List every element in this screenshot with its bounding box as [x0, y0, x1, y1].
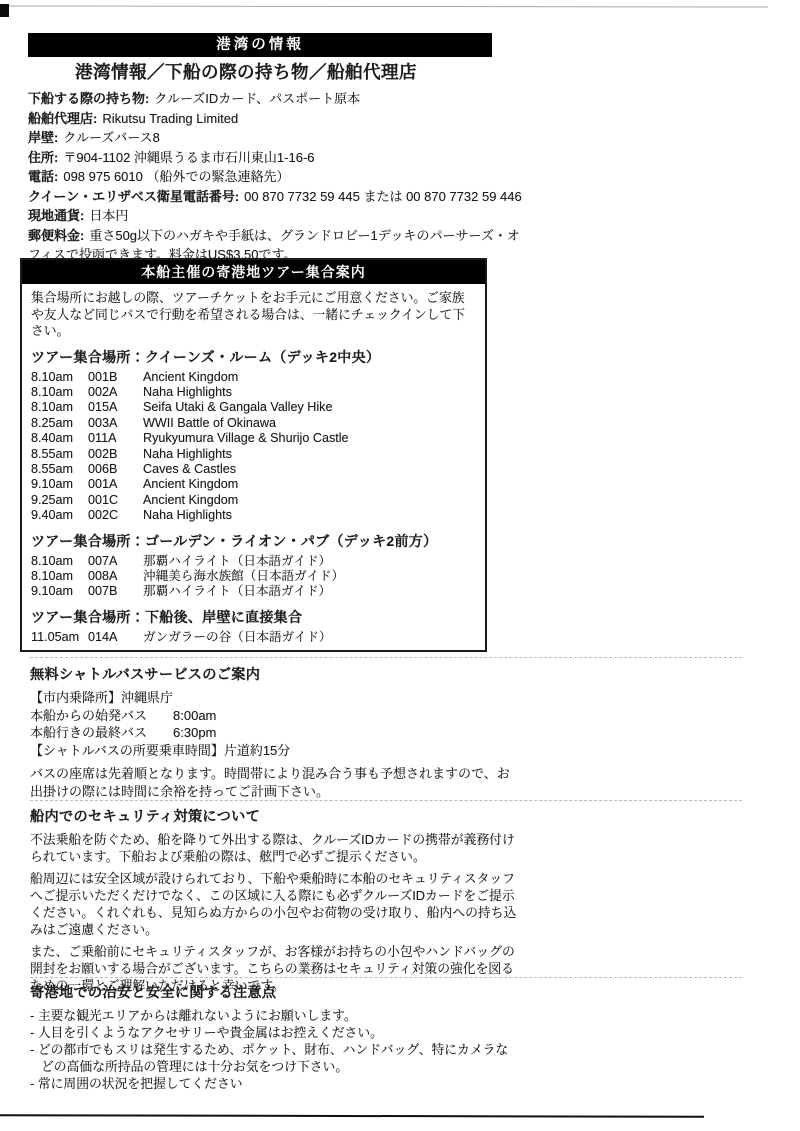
tour-time: 8.10am: [31, 370, 88, 385]
scan-artifact-top-line: [8, 5, 768, 7]
shuttle-section-heading: 無料シャトルバスサービスのご案内: [30, 664, 518, 684]
tour-time: 8.40am: [31, 431, 88, 446]
tour-code: 007B: [88, 584, 143, 599]
tour-row: 8.10am001BAncient Kingdom: [31, 370, 476, 385]
tour-code: 002B: [88, 447, 143, 462]
info-row-address: 住所:〒904-1102 沖縄県うるま市石川東山1-16-6: [28, 148, 522, 168]
info-label: 郵便料金:: [28, 228, 84, 243]
shuttle-last-bus-label: 本船行きの最終バス: [30, 724, 147, 742]
tour-name: Ancient Kingdom: [143, 370, 476, 385]
tour-name: Ancient Kingdom: [143, 477, 476, 492]
tour-row: 9.40am002CNaha Highlights: [31, 508, 476, 523]
tour-intro-paragraph: 集合場所にお越しの際、ツアーチケットをお手元にご用意ください。ご家族や友人など同…: [31, 290, 476, 340]
tour-time: 9.25am: [31, 493, 88, 508]
info-label: 住所:: [28, 150, 58, 165]
tour-row: 11.05am014Aガンガラーの谷（日本語ガイド）: [31, 630, 476, 645]
tour-time: 8.25am: [31, 416, 88, 431]
tour-code: 003A: [88, 416, 143, 431]
tour-name: Naha Highlights: [143, 385, 476, 400]
tour-code: 015A: [88, 400, 143, 415]
info-value: 〒904-1102 沖縄県うるま市石川東山1-16-6: [63, 150, 314, 165]
tour-name: 沖縄美ら海水族館（日本語ガイド）: [143, 569, 476, 584]
tour-name: 那覇ハイライト（日本語ガイド）: [143, 554, 476, 569]
tour-row: 8.25am003AWWII Battle of Okinawa: [31, 416, 476, 431]
tour-row: 9.25am001CAncient Kingdom: [31, 493, 476, 508]
tour-list-queens-room: 8.10am001BAncient Kingdom 8.10am002ANaha…: [31, 370, 476, 524]
port-info-section: 港湾情報／下船の際の持ち物／船舶代理店 下船する際の持ち物:クルーズIDカード、…: [28, 59, 522, 265]
safety-section: 寄港地での治安と安全に関する注意点 - 主要な観光エリアからは離れないようにお願…: [30, 982, 518, 1092]
separator-line: [30, 800, 742, 801]
tour-group-heading-golden-lion-pub: ツアー集合場所：ゴールデン・ライオン・パブ（デッキ2前方）: [31, 531, 476, 551]
shuttle-duration-line: 【シャトルバスの所要乗車時間】片道約15分: [30, 742, 518, 760]
shuttle-first-bus-time: 8:00am: [173, 707, 216, 725]
tour-row: 9.10am001AAncient Kingdom: [31, 477, 476, 492]
safety-bullet: - どの都市でもスリは発生するため、ポケット、財布、ハンドバッグ、特にカメラなど…: [30, 1041, 518, 1075]
info-label: 船舶代理店:: [28, 111, 97, 126]
security-section: 船内でのセキュリティ対策について 不法乗船を防ぐため、船を降りて外出する際は、ク…: [30, 806, 518, 999]
safety-bullet: - 主要な観光エリアからは離れないようにお願いします。: [30, 1007, 518, 1024]
tour-name: Ancient Kingdom: [143, 493, 476, 508]
scanned-document-page: 港湾の情報 港湾情報／下船の際の持ち物／船舶代理店 下船する際の持ち物:クルーズ…: [0, 0, 800, 1131]
port-info-header-bar-title: 港湾の情報: [216, 37, 304, 53]
info-label: 岸壁:: [28, 130, 58, 145]
safety-section-heading: 寄港地での治安と安全に関する注意点: [30, 982, 518, 1002]
tour-code: 014A: [88, 630, 143, 645]
tour-time: 8.55am: [31, 462, 88, 477]
shuttle-note: バスの座席は先着順となります。時間帯により混み合う事も予想されますので、お出掛け…: [30, 765, 518, 800]
tour-time: 9.10am: [31, 584, 88, 599]
port-info-header-bar: 港湾の情報: [28, 33, 492, 57]
tour-row: 8.10am002ANaha Highlights: [31, 385, 476, 400]
info-row-currency: 現地通貨:日本円: [28, 206, 522, 226]
tour-code: 002A: [88, 385, 143, 400]
info-value: Rikutsu Trading Limited: [102, 111, 238, 126]
shuttle-bus-section: 無料シャトルバスサービスのご案内 【市内乗降所】沖縄県庁 本船からの始発バス 8…: [30, 664, 518, 800]
info-row-satellite-phone: クイーン・エリザベス衛星電話番号:00 870 7732 59 445 または …: [28, 187, 522, 207]
tour-row: 8.55am002BNaha Highlights: [31, 447, 476, 462]
tour-name: Ryukyumura Village & Shurijo Castle: [143, 431, 476, 446]
tour-time: 11.05am: [31, 630, 88, 645]
security-section-heading: 船内でのセキュリティ対策について: [30, 806, 518, 826]
shuttle-first-bus-line: 本船からの始発バス 8:00am: [30, 707, 518, 725]
safety-bullet: - 常に周囲の状況を把握してください: [30, 1075, 518, 1092]
info-row-agent: 船舶代理店:Rikutsu Trading Limited: [28, 109, 522, 129]
tour-row: 8.55am006BCaves & Castles: [31, 462, 476, 477]
page-title: 港湾情報／下船の際の持ち物／船舶代理店: [28, 59, 464, 84]
tour-box-header-title: 本船主催の寄港地ツアー集合案内: [141, 264, 366, 280]
info-row-berth: 岸壁:クルーズバース8: [28, 128, 522, 148]
tour-row: 8.10am015ASeifa Utaki & Gangala Valley H…: [31, 400, 476, 415]
info-row-phone: 電話:098 975 6010 （船外での緊急連絡先）: [28, 167, 522, 187]
info-label: クイーン・エリザベス衛星電話番号:: [28, 189, 239, 204]
tour-name: Naha Highlights: [143, 508, 476, 523]
tour-box-header-bar: 本船主催の寄港地ツアー集合案内: [22, 260, 485, 284]
shuttle-stop-line: 【市内乗降所】沖縄県庁: [30, 689, 518, 707]
security-paragraph: 船周辺には安全区域が設けられており、下船や乗船時に本船のセキュリティスタッフへご…: [30, 870, 518, 938]
tour-time: 8.55am: [31, 447, 88, 462]
safety-bullet: - 人目を引くようなアクセサリーや貴金属はお控えください。: [30, 1024, 518, 1041]
info-value: 098 975 6010 （船外での緊急連絡先）: [63, 169, 289, 184]
tour-row: 8.40am011ARyukyumura Village & Shurijo C…: [31, 431, 476, 446]
tour-name: ガンガラーの谷（日本語ガイド）: [143, 630, 476, 645]
tour-list-pier: 11.05am014Aガンガラーの谷（日本語ガイド）: [31, 630, 476, 645]
tour-name: Naha Highlights: [143, 447, 476, 462]
tour-list-golden-lion-pub: 8.10am007A那覇ハイライト（日本語ガイド） 8.10am008A沖縄美ら…: [31, 554, 476, 600]
tour-row: 8.10am007A那覇ハイライト（日本語ガイド）: [31, 554, 476, 569]
security-paragraph: 不法乗船を防ぐため、船を降りて外出する際は、クルーズIDカードの携帯が義務付けら…: [30, 831, 518, 865]
info-value: クルーズIDカード、パスポート原本: [154, 91, 360, 106]
separator-line: [30, 977, 742, 978]
info-label: 下船する際の持ち物:: [28, 91, 149, 106]
tour-time: 9.10am: [31, 477, 88, 492]
info-value: クルーズバース8: [63, 130, 160, 145]
tour-time: 8.10am: [31, 569, 88, 584]
separator-line: [30, 657, 742, 658]
tour-code: 006B: [88, 462, 143, 477]
info-value: 日本円: [89, 208, 128, 223]
tour-code: 001B: [88, 370, 143, 385]
tour-code: 001A: [88, 477, 143, 492]
info-row-belongings: 下船する際の持ち物:クルーズIDカード、パスポート原本: [28, 89, 522, 109]
scan-artifact-bottom-line: [0, 1114, 704, 1117]
tour-group-heading-pier: ツアー集合場所：下船後、岸壁に直接集合: [31, 607, 476, 627]
tour-name: Caves & Castles: [143, 462, 476, 477]
tour-code: 011A: [88, 431, 143, 446]
tour-code: 008A: [88, 569, 143, 584]
tour-assembly-box: 本船主催の寄港地ツアー集合案内 集合場所にお越しの際、ツアーチケットをお手元にご…: [20, 258, 487, 652]
shuttle-first-bus-label: 本船からの始発バス: [30, 707, 147, 725]
tour-box-body: 集合場所にお越しの際、ツアーチケットをお手元にご用意ください。ご家族や友人など同…: [22, 284, 485, 652]
info-label: 現地通貨:: [28, 208, 84, 223]
tour-row: 9.10am007B那覇ハイライト（日本語ガイド）: [31, 584, 476, 599]
tour-time: 8.10am: [31, 400, 88, 415]
tour-row: 8.10am008A沖縄美ら海水族館（日本語ガイド）: [31, 569, 476, 584]
tour-group-heading-queens-room: ツアー集合場所：クイーンズ・ルーム（デッキ2中央）: [31, 347, 476, 367]
tour-code: 001C: [88, 493, 143, 508]
tour-code: 007A: [88, 554, 143, 569]
tour-time: 9.40am: [31, 508, 88, 523]
shuttle-last-bus-time: 6:30pm: [173, 724, 216, 742]
tour-time: 8.10am: [31, 385, 88, 400]
tour-name: 那覇ハイライト（日本語ガイド）: [143, 584, 476, 599]
shuttle-last-bus-line: 本船行きの最終バス 6:30pm: [30, 724, 518, 742]
tour-code: 002C: [88, 508, 143, 523]
scan-artifact-corner-mark: [0, 4, 9, 17]
info-label: 電話:: [28, 169, 58, 184]
tour-time: 8.10am: [31, 554, 88, 569]
info-value: 00 870 7732 59 445 または 00 870 7732 59 44…: [244, 189, 522, 204]
info-value: 重さ50g以下のハガキや手紙は、グランドロビー1デッキのパーサーズ・オフィスで投…: [28, 228, 520, 263]
tour-name: WWII Battle of Okinawa: [143, 416, 476, 431]
tour-name: Seifa Utaki & Gangala Valley Hike: [143, 400, 476, 415]
